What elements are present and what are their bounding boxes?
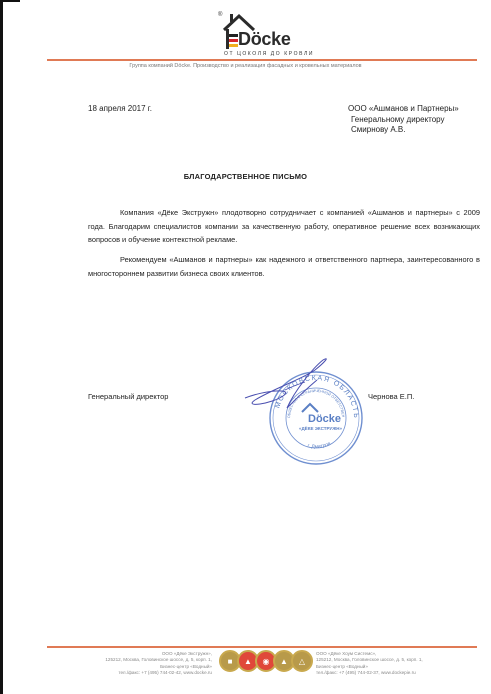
signatory-role: Генеральный директор xyxy=(88,392,168,401)
signatory-name: Чернова Е.П. xyxy=(368,392,414,401)
body-paragraph-2: Рекомендуем «Ашманов и партнеры» как над… xyxy=(88,253,480,280)
header-divider xyxy=(47,59,477,61)
addressee-position: Генеральному директору xyxy=(351,115,459,126)
footer-company-left: ООО «Дёке Экстружн», 125212, Москва, Гол… xyxy=(96,651,212,677)
addressee-name: Смирнову А.В. xyxy=(351,125,459,136)
paragraph-2-text: Рекомендуем «Ашманов и партнеры» как над… xyxy=(88,255,480,278)
scan-edge-top xyxy=(0,0,20,2)
letter-title: БЛАГОДАРСТВЕННОЕ ПИСЬМО xyxy=(0,172,491,181)
letter-date: 18 апреля 2017 г. xyxy=(88,104,152,113)
paragraph-1-text: Компания «Дёке Экстружн» плодотворно сот… xyxy=(88,208,480,244)
addressee-block: ООО «Ашманов и Партнеры» Генеральному ди… xyxy=(351,104,459,136)
footer-right-contact: тел./факс: +7 (495) 744-02-37, www.docke… xyxy=(316,670,456,676)
footer-left-address: 125212, Москва, Головинское шоссе, д. 5,… xyxy=(96,657,212,663)
logo-wordmark: Döcke xyxy=(238,29,291,50)
handwritten-signature xyxy=(225,350,355,420)
footer-divider xyxy=(47,646,477,648)
svg-text:г. Дмитров: г. Дмитров xyxy=(307,441,332,450)
docke-logo: ® Döcke ОТ ЦОКОЛЯ ДО КРОВЛИ xyxy=(218,10,308,56)
footer-company-right: ООО «Дёке Хоум Системс», 125212, Москва,… xyxy=(316,651,456,677)
header-subtitle: Группа компаний Döcke. Производство и ре… xyxy=(0,63,491,69)
logo-tagline: ОТ ЦОКОЛЯ ДО КРОВЛИ xyxy=(224,51,314,57)
body-paragraph-1: Компания «Дёке Экстружн» плодотворно сот… xyxy=(88,206,480,247)
scan-edge-left xyxy=(0,0,3,694)
addressee-company: ООО «Ашманов и Партнеры» xyxy=(348,104,459,115)
footer-left-contact: тел./факс: +7 (495) 744-02-42, www.docke… xyxy=(96,670,212,676)
award-medal-5-icon: △ xyxy=(291,650,313,672)
svg-text:«ДЁКЕ ЭКСТРУЖН»: «ДЁКЕ ЭКСТРУЖН» xyxy=(299,425,343,431)
award-medals: ■ ▲ ◉ ▲ △ xyxy=(219,650,311,678)
